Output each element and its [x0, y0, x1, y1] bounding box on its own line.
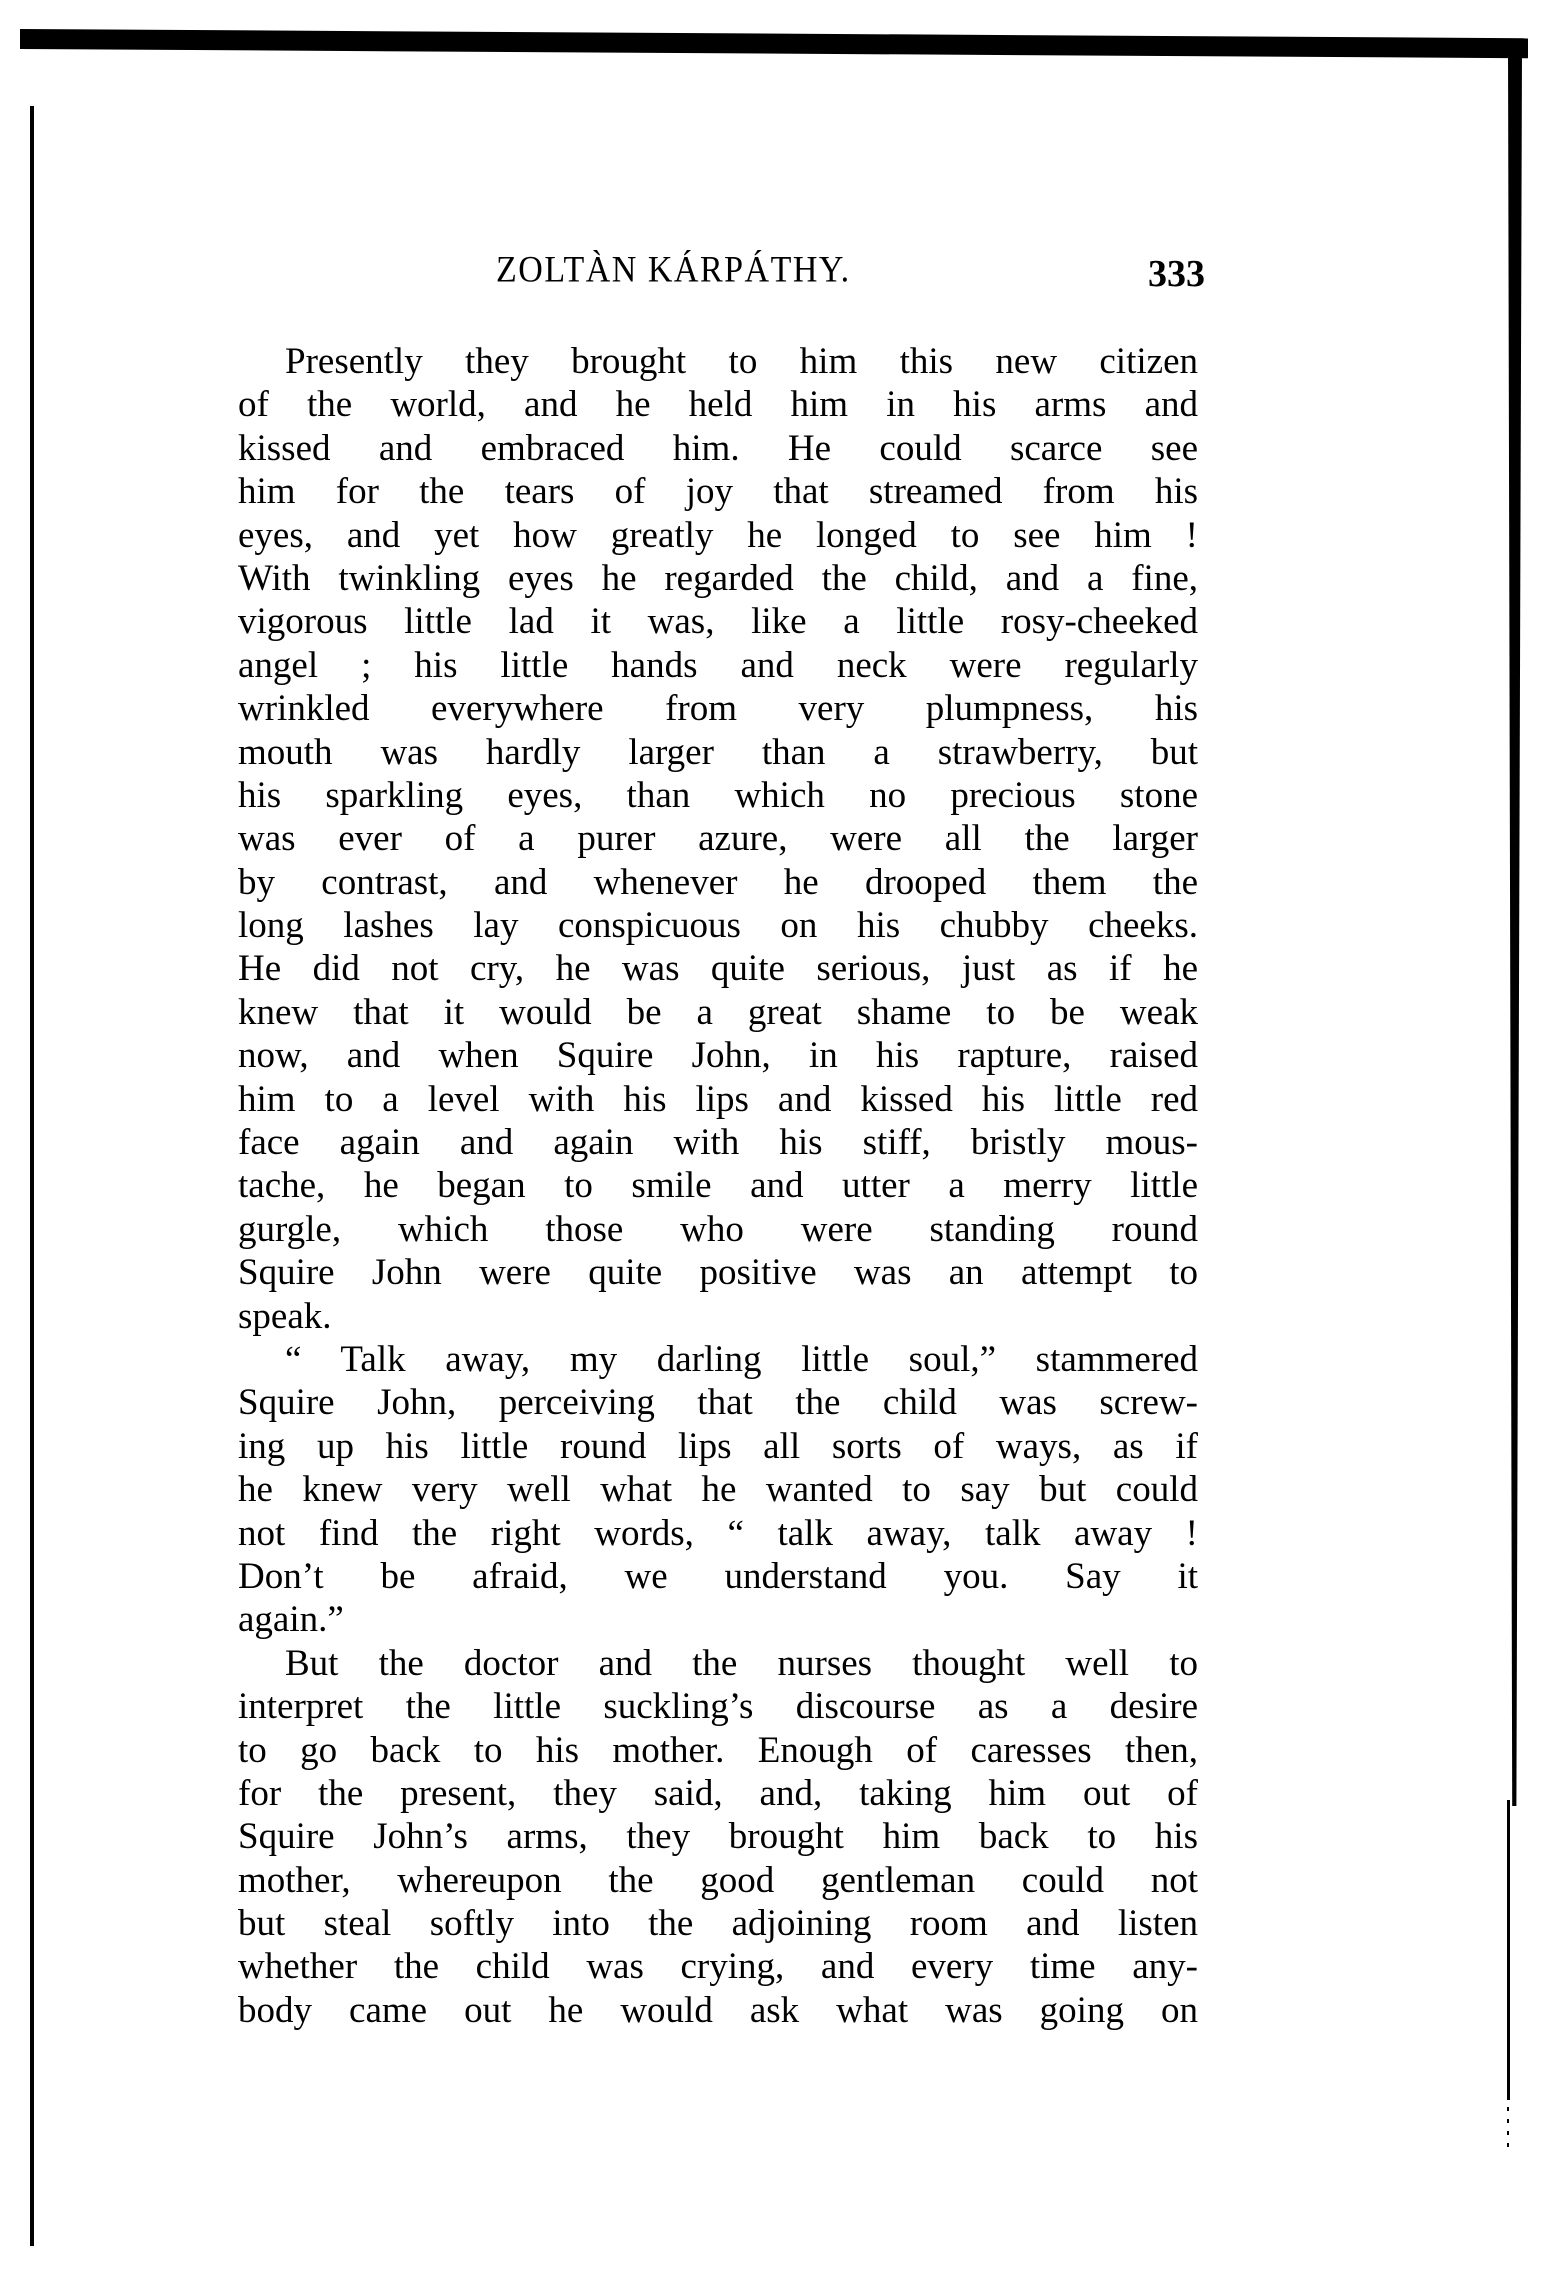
body-text: Presently they brought to him this new c… — [238, 340, 1198, 2032]
text-line: He did not cry, he was quite serious, ju… — [238, 947, 1198, 990]
text-line: his sparkling eyes, than which no precio… — [238, 774, 1198, 817]
text-line: But the doctor and the nurses thought we… — [238, 1642, 1198, 1685]
text-line: speak. — [238, 1295, 1198, 1338]
scan-top-border — [20, 29, 1528, 58]
text-line: wrinkled everywhere from very plumpness,… — [238, 687, 1198, 730]
text-line: angel ; his little hands and neck were r… — [238, 644, 1198, 687]
scan-right-border-dashed — [1507, 2095, 1509, 2150]
text-line: With twinkling eyes he regarded the chil… — [238, 557, 1198, 600]
text-line: kissed and embraced him. He could scarce… — [238, 427, 1198, 470]
text-line: face again and again with his stiff, bri… — [238, 1121, 1198, 1164]
scan-right-border-thin — [1507, 1800, 1510, 2100]
text-line: ing up his little round lips all sorts o… — [238, 1425, 1198, 1468]
text-line: “ Talk away, my darling little soul,” st… — [238, 1338, 1198, 1381]
text-line: Don’t be afraid, we understand you. Say … — [238, 1555, 1198, 1598]
text-line: to go back to his mother. Enough of care… — [238, 1729, 1198, 1772]
running-head: ZOLTÀN KÁRPÁTHY. — [496, 250, 851, 291]
text-line: whether the child was crying, and every … — [238, 1945, 1198, 1988]
text-line: eyes, and yet how greatly he longed to s… — [238, 514, 1198, 557]
text-line: gurgle, which those who were standing ro… — [238, 1208, 1198, 1251]
text-line: by contrast, and whenever he drooped the… — [238, 861, 1198, 904]
text-line: mother, whereupon the good gentleman cou… — [238, 1859, 1198, 1902]
text-line: for the present, they said, and, taking … — [238, 1772, 1198, 1815]
text-line: mouth was hardly larger than a strawberr… — [238, 731, 1198, 774]
text-line: interpret the little suckling’s discours… — [238, 1685, 1198, 1728]
text-line: again.” — [238, 1598, 1198, 1641]
scan-right-border — [1508, 46, 1522, 1806]
text-line: body came out he would ask what was goin… — [238, 1989, 1198, 2032]
text-line: vigorous little lad it was, like a littl… — [238, 600, 1198, 643]
text-line: was ever of a purer azure, were all the … — [238, 817, 1198, 860]
text-line: Squire John, perceiving that the child w… — [238, 1381, 1198, 1424]
text-line: of the world, and he held him in his arm… — [238, 383, 1198, 426]
text-line: him for the tears of joy that streamed f… — [238, 470, 1198, 513]
text-line: him to a level with his lips and kissed … — [238, 1078, 1198, 1121]
text-line: now, and when Squire John, in his raptur… — [238, 1034, 1198, 1077]
text-line: tache, he began to smile and utter a mer… — [238, 1164, 1198, 1207]
text-line: long lashes lay conspicuous on his chubb… — [238, 904, 1198, 947]
text-line: knew that it would be a great shame to b… — [238, 991, 1198, 1034]
text-line: not find the right words, “ talk away, t… — [238, 1512, 1198, 1555]
text-line: he knew very well what he wanted to say … — [238, 1468, 1198, 1511]
text-line: Squire John were quite positive was an a… — [238, 1251, 1198, 1294]
text-line: but steal softly into the adjoining room… — [238, 1902, 1198, 1945]
page-number: 333 — [1148, 252, 1205, 296]
text-line: Presently they brought to him this new c… — [238, 340, 1198, 383]
scan-left-border — [30, 106, 34, 2246]
text-line: Squire John’s arms, they brought him bac… — [238, 1815, 1198, 1858]
